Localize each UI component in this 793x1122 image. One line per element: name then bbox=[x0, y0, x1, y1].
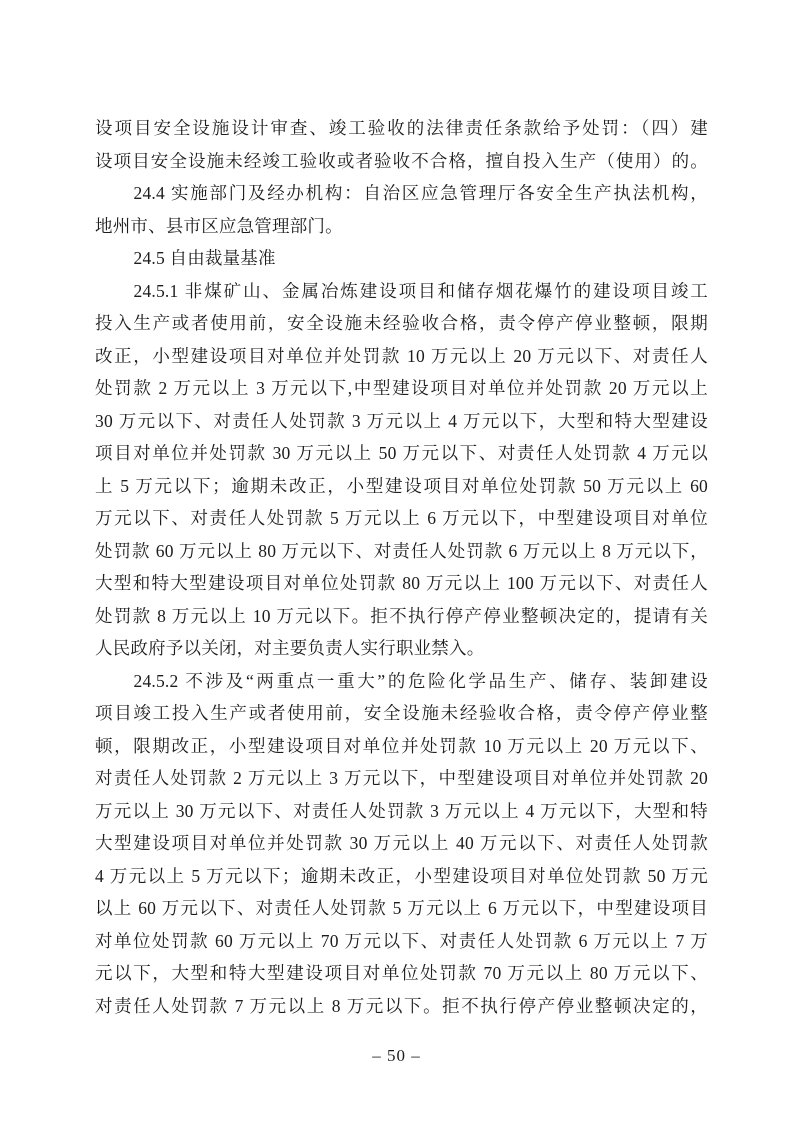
document-page: 设项目安全设施设计审查、竣工验收的法律责任条款给予处罚：（四）建 设项目安全设施… bbox=[0, 0, 793, 1122]
text-line: 投入生产或者使用前，安全设施未经验收合格，责令停产停业整顿，限期 bbox=[95, 307, 708, 340]
document-body: 设项目安全设施设计审查、竣工验收的法律责任条款给予处罚：（四）建 设项目安全设施… bbox=[95, 112, 708, 1022]
section-heading-24-5-2: 24.5.2 不涉及“两重点一重大”的危险化学品生产、储存、装卸建设 bbox=[95, 665, 708, 698]
text-line: 项目对单位并处罚款 30 万元以上 50 万元以下、对责任人处罚款 4 万元以 bbox=[95, 437, 708, 470]
text-line: 地州市、县市区应急管理部门。 bbox=[95, 210, 708, 243]
section-heading-24-5: 24.5 自由裁量基准 bbox=[95, 242, 708, 275]
text-line: 处罚款 8 万元以上 10 万元以下。拒不执行停产停业整顿决定的，提请有关 bbox=[95, 600, 708, 633]
text-line: 万元以上 30 万元以下、对责任人处罚款 3 万元以上 4 万元以下，大型和特 bbox=[95, 795, 708, 828]
text-line: 顿，限期改正，小型建设项目对单位并处罚款 10 万元以上 20 万元以下、 bbox=[95, 730, 708, 763]
text-line: 人民政府予以关闭，对主要负责人实行职业禁入。 bbox=[95, 632, 708, 665]
text-line: 30 万元以下、对责任人处罚款 3 万元以上 4 万元以下，大型和特大型建设 bbox=[95, 405, 708, 438]
text-line: 设项目安全设施设计审查、竣工验收的法律责任条款给予处罚：（四）建 bbox=[95, 112, 708, 145]
text-line: 改正，小型建设项目对单位并处罚款 10 万元以上 20 万元以下、对责任人 bbox=[95, 340, 708, 373]
page-number: – 50 – bbox=[0, 1041, 793, 1071]
text-line: 对责任人处罚款 2 万元以上 3 万元以下，中型建设项目对单位并处罚款 20 bbox=[95, 762, 708, 795]
section-heading-24-4: 24.4 实施部门及经办机构：自治区应急管理厅各安全生产执法机构， bbox=[95, 177, 708, 210]
text-line: 上 5 万元以下；逾期未改正，小型建设项目对单位处罚款 50 万元以上 60 bbox=[95, 470, 708, 503]
section-heading-24-5-1: 24.5.1 非煤矿山、金属冶炼建设项目和储存烟花爆竹的建设项目竣工 bbox=[95, 275, 708, 308]
text-line: 项目竣工投入生产或者使用前，安全设施未经验收合格，责令停产停业整 bbox=[95, 697, 708, 730]
text-line: 大型建设项目对单位并处罚款 30 万元以上 40 万元以下、对责任人处罚款 bbox=[95, 827, 708, 860]
text-line: 对责任人处罚款 7 万元以上 8 万元以下。拒不执行停产停业整顿决定的， bbox=[95, 990, 708, 1023]
text-line: 处罚款 60 万元以上 80 万元以下、对责任人处罚款 6 万元以上 8 万元以… bbox=[95, 535, 708, 568]
text-line: 设项目安全设施未经竣工验收或者验收不合格，擅自投入生产（使用）的。 bbox=[95, 145, 708, 178]
text-line: 以上 60 万元以下、对责任人处罚款 5 万元以上 6 万元以下，中型建设项目 bbox=[95, 892, 708, 925]
text-line: 大型和特大型建设项目对单位处罚款 80 万元以上 100 万元以下、对责任人 bbox=[95, 567, 708, 600]
text-line: 万元以下、对责任人处罚款 5 万元以上 6 万元以下，中型建设项目对单位 bbox=[95, 502, 708, 535]
text-line: 对单位处罚款 60 万元以上 70 万元以下、对责任人处罚款 6 万元以上 7 … bbox=[95, 925, 708, 958]
text-line: 4 万元以上 5 万元以下；逾期未改正，小型建设项目对单位处罚款 50 万元 bbox=[95, 860, 708, 893]
text-line: 处罚款 2 万元以上 3 万元以下,中型建设项目对单位并处罚款 20 万元以上 bbox=[95, 372, 708, 405]
text-line: 元以下，大型和特大型建设项目对单位处罚款 70 万元以上 80 万元以下、 bbox=[95, 957, 708, 990]
